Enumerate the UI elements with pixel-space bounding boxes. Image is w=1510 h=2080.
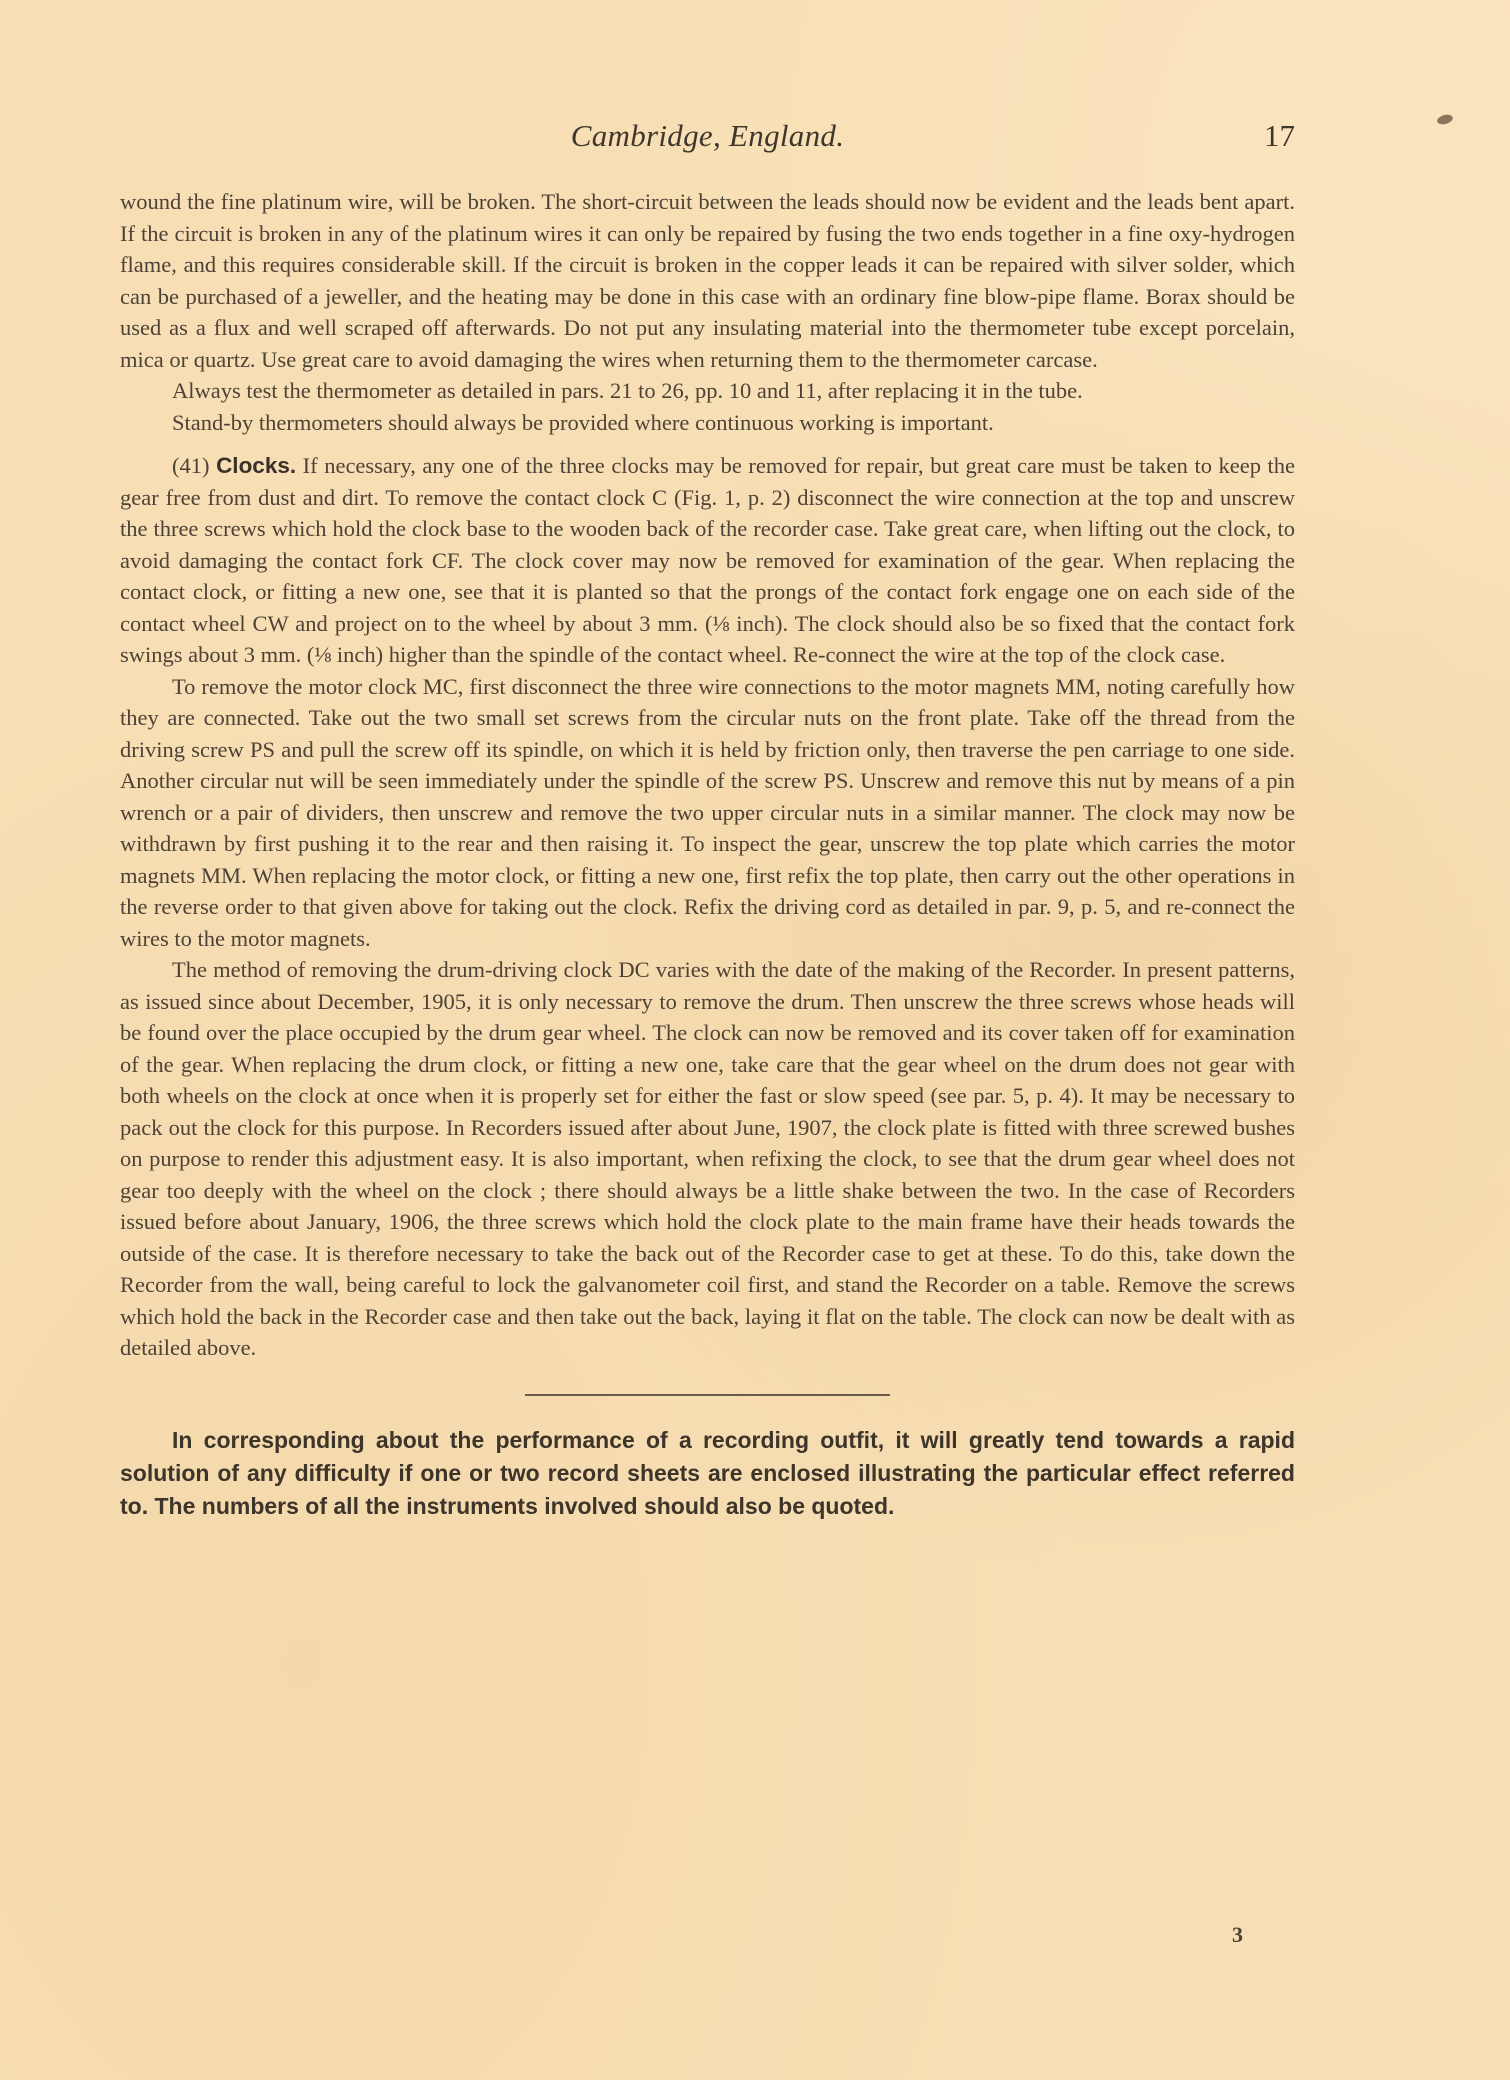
running-title: Cambridge, England. — [120, 118, 1295, 154]
folio-number: 17 — [1264, 118, 1295, 154]
page: Cambridge, England. 17 wound the fine pl… — [120, 110, 1295, 1546]
paragraph-drum-clock: The method of removing the drum-driving … — [120, 954, 1295, 1364]
divider-rule — [525, 1394, 890, 1396]
correspondence-notice: In corresponding about the performance o… — [120, 1424, 1295, 1523]
body-text: wound the fine platinum wire, will be br… — [120, 186, 1295, 1364]
section-number: (41) — [172, 453, 210, 478]
running-head: Cambridge, England. 17 — [120, 110, 1295, 166]
page-number: 3 — [1232, 1922, 1243, 1948]
section-heading: Clocks. — [216, 453, 296, 478]
section-clocks: (41) Clocks. If necessary, any one of th… — [120, 450, 1295, 671]
paragraph-continuation: wound the fine platinum wire, will be br… — [120, 186, 1295, 375]
paragraph-motor-clock: To remove the motor clock MC, first disc… — [120, 671, 1295, 955]
paragraph-test-thermometer: Always test the thermometer as detailed … — [120, 375, 1295, 407]
ink-smudge — [1436, 113, 1454, 126]
section-text: If necessary, any one of the three clock… — [120, 453, 1295, 667]
paragraph-standby: Stand-by thermometers should always be p… — [120, 407, 1295, 439]
